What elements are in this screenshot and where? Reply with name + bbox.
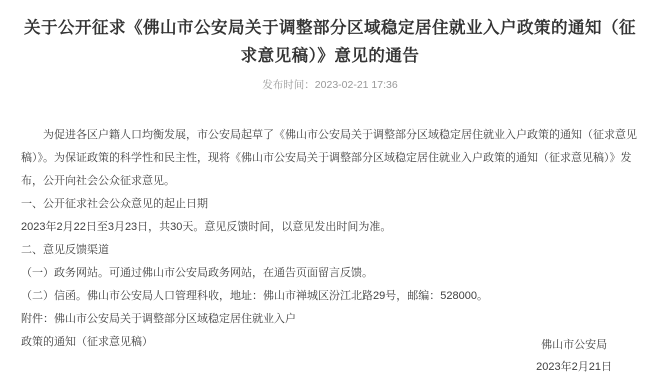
attachment-line-1: 附件：佛山市公安局关于调整部分区域稳定居住就业入户: [21, 308, 639, 331]
channel-mail-item: （二）信函。佛山市公安局人口管理科收，地址：佛山市禅城区汾江北路29号，邮编：5…: [21, 285, 639, 308]
channel-web-item: （一）政务网站。可通过佛山市公安局政务网站，在通告页面留言反馈。: [21, 262, 639, 285]
notice-page: 关于公开征求《佛山市公安局关于调整部分区域稳定居住就业入户政策的通知（征求意见稿…: [0, 0, 660, 386]
section1-heading: 一、公开征求社会公众意见的起止日期: [21, 193, 639, 216]
intro-paragraph: 为促进各区户籍人口均衡发展，市公安局起草了《佛山市公安局关于调整部分区域稳定居住…: [21, 124, 639, 193]
page-title: 关于公开征求《佛山市公安局关于调整部分区域稳定居住就业入户政策的通知（征求意见稿…: [0, 14, 660, 70]
section2-heading: 二、意见反馈渠道: [21, 239, 639, 262]
publish-time: 发布时间：2023-02-21 17:36: [0, 76, 660, 94]
section1-text: 2023年2月22日至3月23日，共30天。意见反馈时间，以意见发出时间为准。: [21, 216, 639, 239]
signature-date: 2023年2月21日: [536, 356, 612, 378]
signature-block: 佛山市公安局 2023年2月21日: [536, 334, 612, 378]
signature-issuer: 佛山市公安局: [536, 334, 612, 356]
notice-body: 为促进各区户籍人口均衡发展，市公安局起草了《佛山市公安局关于调整部分区域稳定居住…: [0, 124, 660, 354]
